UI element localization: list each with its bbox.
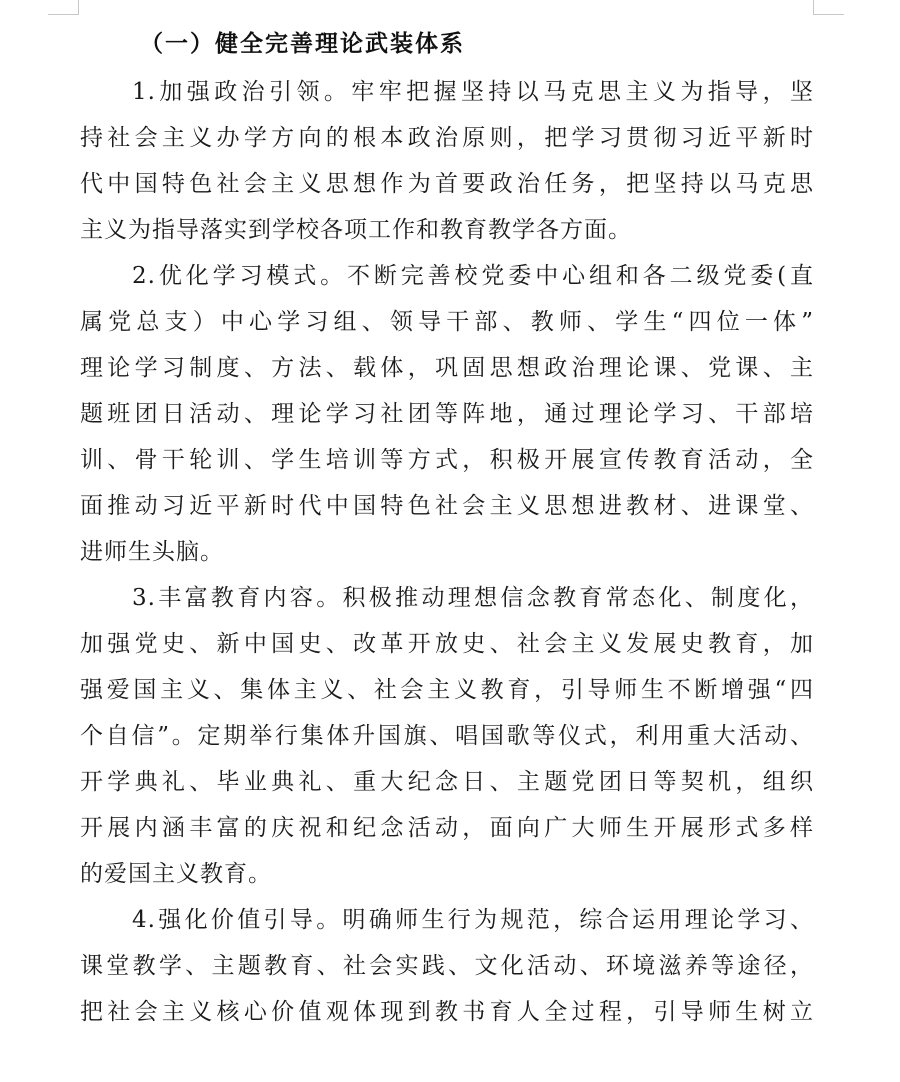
paragraph-line: 加强党史、新中国史、改革开放史、社会主义发展史教育，加 (80, 621, 814, 667)
paragraph-3: 3.丰富教育内容。积极推动理想信念教育常态化、制度化， 加强党史、新中国史、改革… (80, 575, 814, 897)
paragraph-line: 个自信”。定期举行集体升国旗、唱国歌等仪式，利用重大活动、 (80, 713, 814, 759)
paragraph-line: 主义为指导落实到学校各项工作和教育教学各方面。 (80, 207, 814, 253)
paragraph-1: 1.加强政治引领。牢牢把握坚持以马克思主义为指导，坚 持社会主义办学方向的根本政… (80, 69, 814, 253)
paragraph-line: 进师生头脑。 (80, 529, 814, 575)
paragraph-line: 课堂教学、主题教育、社会实践、文化活动、环境滋养等途径， (80, 943, 814, 989)
paragraph-line: 开展内涵丰富的庆祝和纪念活动，面向广大师生开展形式多样 (80, 805, 814, 851)
section-heading: （一）健全完善理论武装体系 (140, 24, 465, 64)
paragraph-line: 3.丰富教育内容。积极推动理想信念教育常态化、制度化， (80, 575, 814, 621)
paragraph-line: 持社会主义办学方向的根本政治原则，把学习贯彻习近平新时 (80, 115, 814, 161)
paragraph-line: 1.加强政治引领。牢牢把握坚持以马克思主义为指导，坚 (80, 69, 814, 115)
paragraph-2: 2.优化学习模式。不断完善校党委中心组和各二级党委(直 属党总支）中心学习组、领… (80, 253, 814, 575)
crop-mark-top-left (48, 0, 79, 15)
paragraph-line: 题班团日活动、理论学习社团等阵地，通过理论学习、干部培 (80, 391, 814, 437)
paragraph-line: 理论学习制度、方法、载体，巩固思想政治理论课、党课、主 (80, 345, 814, 391)
paragraph-4: 4.强化价值引导。明确师生行为规范，综合运用理论学习、 课堂教学、主题教育、社会… (80, 897, 814, 1035)
paragraph-line: 4.强化价值引导。明确师生行为规范，综合运用理论学习、 (80, 897, 814, 943)
paragraph-line: 强爱国主义、集体主义、社会主义教育，引导师生不断增强“四 (80, 667, 814, 713)
paragraph-line: 属党总支）中心学习组、领导干部、教师、学生“四位一体” (80, 299, 814, 345)
paragraph-line: 面推动习近平新时代中国特色社会主义思想进教材、进课堂、 (80, 483, 814, 529)
paragraph-line: 开学典礼、毕业典礼、重大纪念日、主题党团日等契机，组织 (80, 759, 814, 805)
paragraph-line: 的爱国主义教育。 (80, 851, 814, 897)
paragraph-line: 代中国特色社会主义思想作为首要政治任务，把坚持以马克思 (80, 161, 814, 207)
paragraph-line: 训、骨干轮训、学生培训等方式，积极开展宣传教育活动，全 (80, 437, 814, 483)
crop-mark-top-right (813, 0, 844, 15)
paragraph-line: 把社会主义核心价值观体现到教书育人全过程，引导师生树立 (80, 989, 814, 1035)
paragraph-line: 2.优化学习模式。不断完善校党委中心组和各二级党委(直 (80, 253, 814, 299)
